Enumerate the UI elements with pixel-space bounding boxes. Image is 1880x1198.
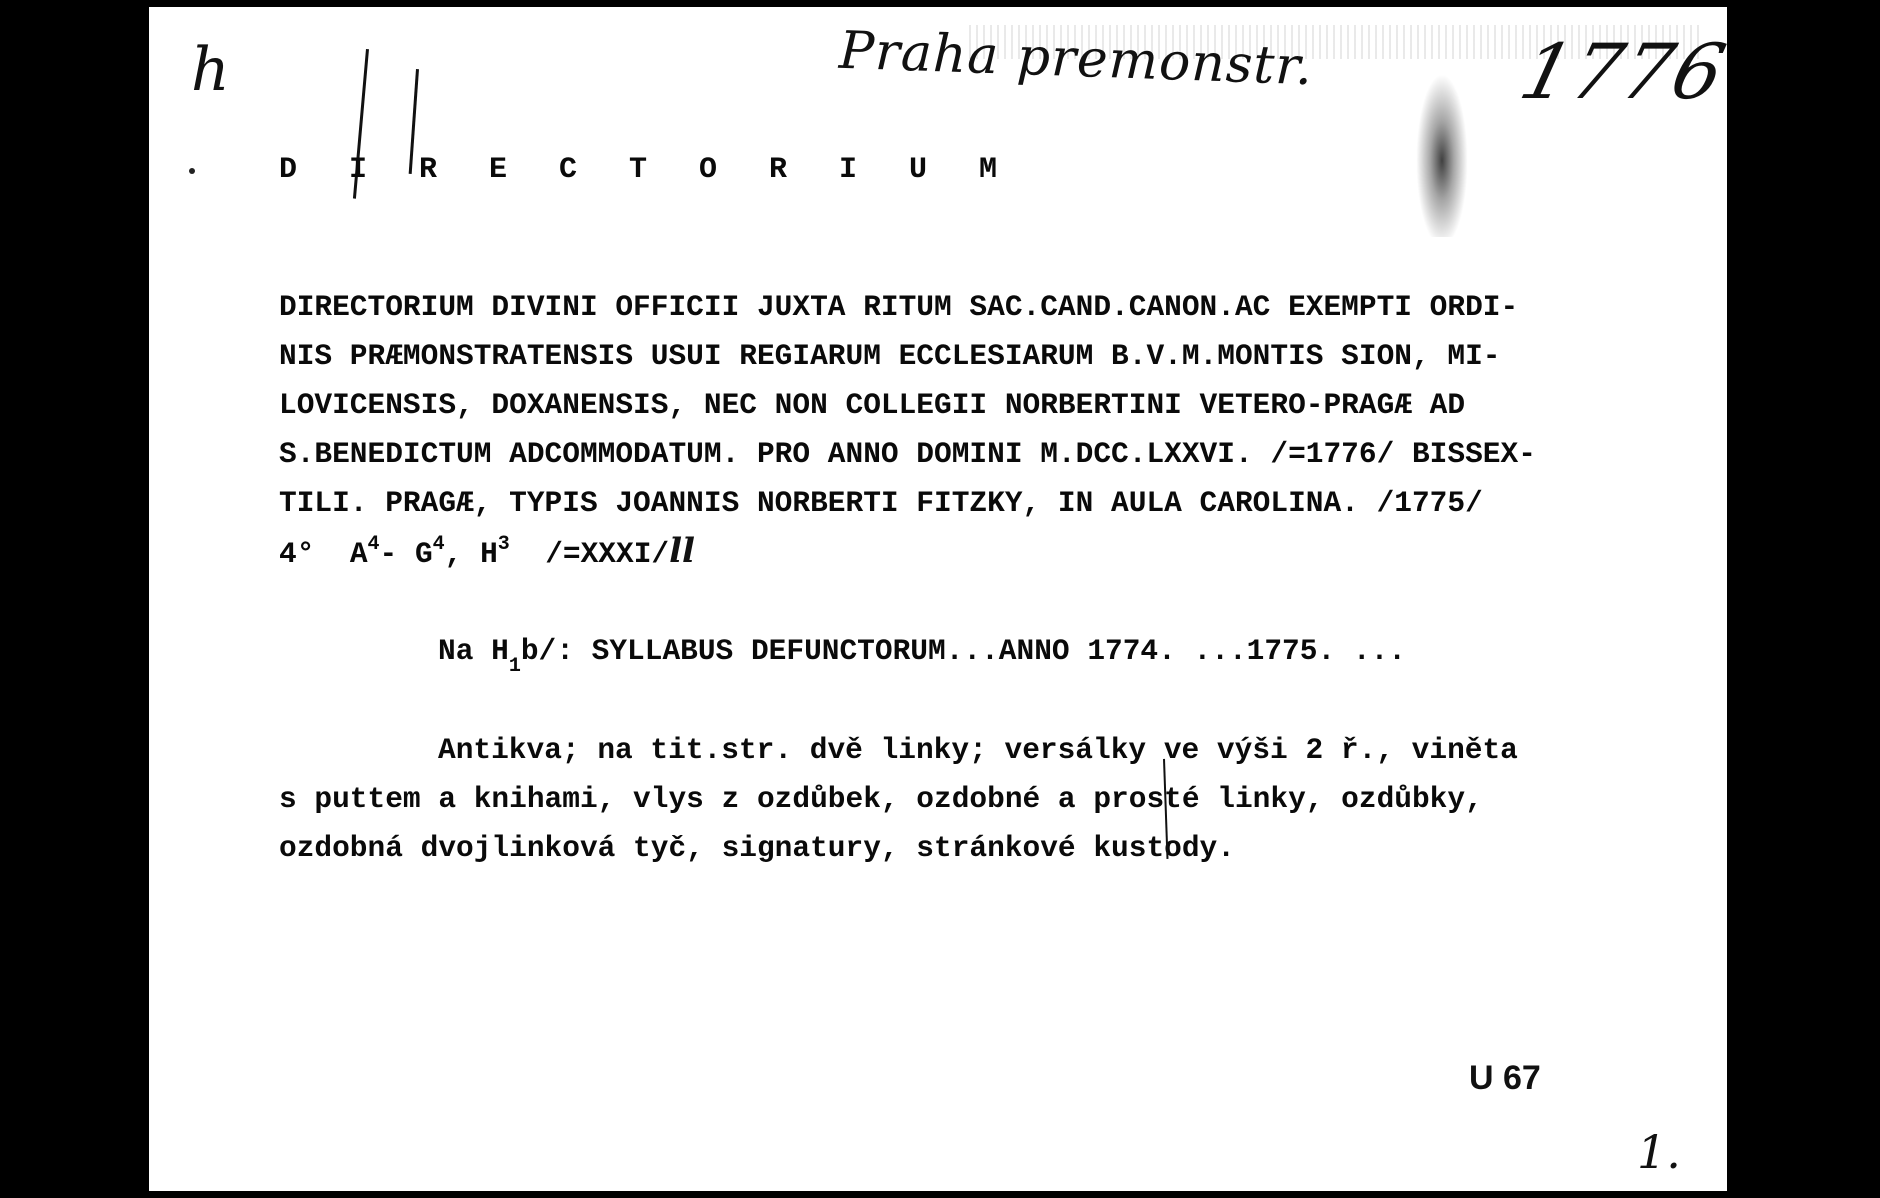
signature-a: A bbox=[350, 537, 368, 571]
note-prefix: Na H bbox=[438, 634, 509, 668]
signature-a-count: 4 bbox=[368, 533, 380, 556]
title-line: NIS PRÆMONSTRATENSIS USUI REGIARUM ECCLE… bbox=[279, 339, 1501, 373]
description-line: ozdobná dvojlinková tyč, signatury, strá… bbox=[279, 831, 1235, 865]
handwritten-mark: h bbox=[191, 35, 230, 105]
description-line: s puttem a knihami, vlys z ozdůbek, ozdo… bbox=[279, 782, 1483, 816]
handwritten-year: 1776 bbox=[1512, 27, 1727, 116]
signature-h: H bbox=[480, 537, 498, 571]
leaf-count: /=XXXI/ bbox=[545, 537, 669, 571]
handwritten-leaves: ll bbox=[669, 531, 695, 571]
format: 4° bbox=[279, 537, 314, 571]
comma: , bbox=[445, 537, 480, 571]
title-line: S.BENEDICTUM ADCOMMODATUM. PRO ANNO DOMI… bbox=[279, 437, 1536, 471]
note-text: b/: SYLLABUS DEFUNCTORUM...ANNO 1774. ..… bbox=[521, 634, 1406, 668]
note-h1b: Na H1b/: SYLLABUS DEFUNCTORUM...ANNO 177… bbox=[438, 634, 1406, 672]
collation-line: 4° A4- G4, H3 /=XXXI/ll bbox=[279, 534, 695, 575]
title-line: DIRECTORIUM DIVINI OFFICII JUXTA RITUM S… bbox=[279, 290, 1518, 324]
signature-g: G bbox=[415, 537, 433, 571]
description-line: Antikva; na tit.str. dvě linky; versálky… bbox=[438, 733, 1518, 767]
signature-h-count: 3 bbox=[498, 533, 510, 556]
bullet-dot bbox=[189, 168, 195, 174]
title-line: LOVICENSIS, DOXANENSIS, NEC NON COLLEGII… bbox=[279, 388, 1465, 422]
catalog-card: h Praha premonstr. 1776 D I R E C T O R … bbox=[149, 7, 1727, 1191]
scanned-catalog-card-image: h Praha premonstr. 1776 D I R E C T O R … bbox=[0, 0, 1880, 1198]
handwritten-card-number: 1. bbox=[1637, 1125, 1681, 1179]
card-heading: D I R E C T O R I U M bbox=[279, 153, 1014, 187]
dash: - bbox=[380, 537, 415, 571]
scan-smudge bbox=[1414, 67, 1470, 237]
title-line: TILI. PRAGÆ, TYPIS JOANNIS NORBERTI FITZ… bbox=[279, 486, 1483, 520]
shelf-mark: U 67 bbox=[1469, 1059, 1541, 1098]
note-subscript: 1 bbox=[509, 655, 521, 678]
signature-g-count: 4 bbox=[433, 533, 445, 556]
